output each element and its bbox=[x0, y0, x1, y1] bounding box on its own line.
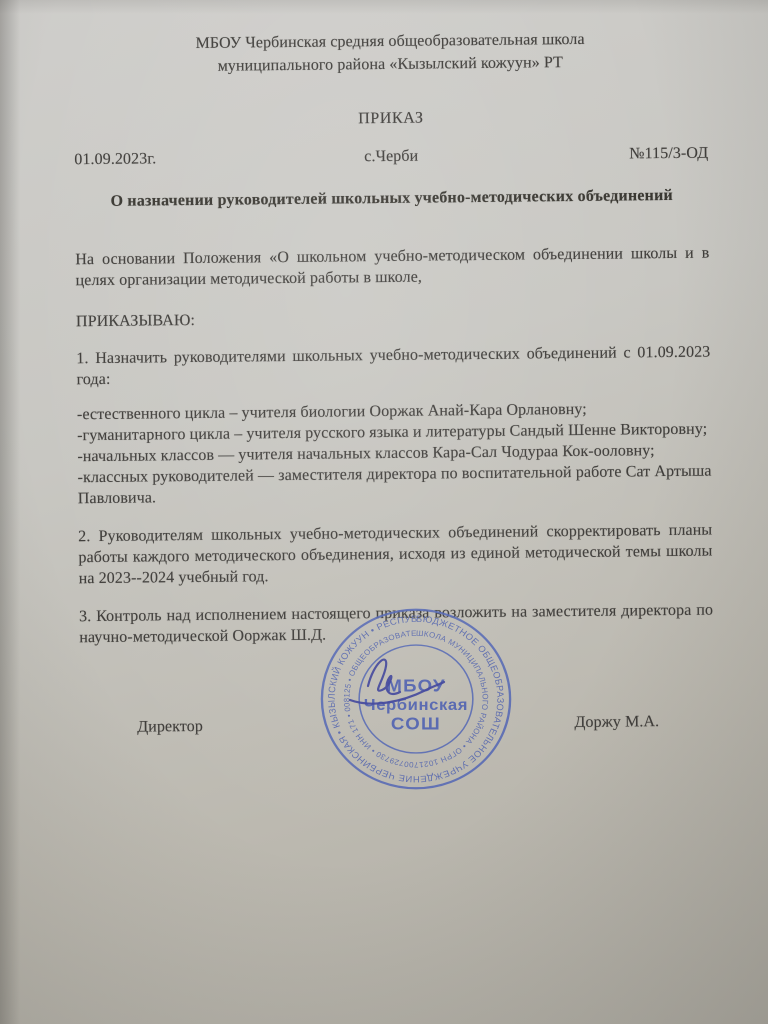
appointment-line: -классных руководителей — заместителя ди… bbox=[78, 461, 712, 510]
order-keyword: ПРИКАЗЫВАЮ: bbox=[76, 305, 710, 333]
order-number: №115/3-ОД bbox=[497, 143, 709, 166]
director-signature bbox=[330, 638, 480, 724]
document-header: МБОУ Чербинская средняя общеобразователь… bbox=[73, 27, 707, 80]
order-date: 01.09.2023г. bbox=[74, 147, 286, 170]
order-place: с.Черби bbox=[286, 145, 498, 168]
signer-name: Доржу М.А. bbox=[574, 711, 659, 733]
document-photo: МБОУ Чербинская средняя общеобразователь… bbox=[0, 0, 768, 1024]
order-subject: О назначении руководителей школьных учеб… bbox=[75, 185, 709, 213]
appointments-list: -естественного цикла – учителя биологии … bbox=[77, 398, 712, 510]
preamble-paragraph: На основании Положения «О школьном учебн… bbox=[75, 243, 709, 292]
signature-scribble bbox=[350, 660, 444, 704]
order-page: МБОУ Чербинская средняя общеобразователь… bbox=[0, 0, 768, 1024]
order-point-1: 1. Назначить руководителями школьных уче… bbox=[76, 342, 710, 391]
doc-type-title: ПРИКАЗ bbox=[74, 105, 708, 133]
meta-row: 01.09.2023г. с.Черби №115/3-ОД bbox=[74, 143, 708, 171]
order-point-2: 2. Руководителям школьных учебно-методич… bbox=[78, 520, 713, 590]
signer-position-label: Директор bbox=[137, 716, 203, 738]
